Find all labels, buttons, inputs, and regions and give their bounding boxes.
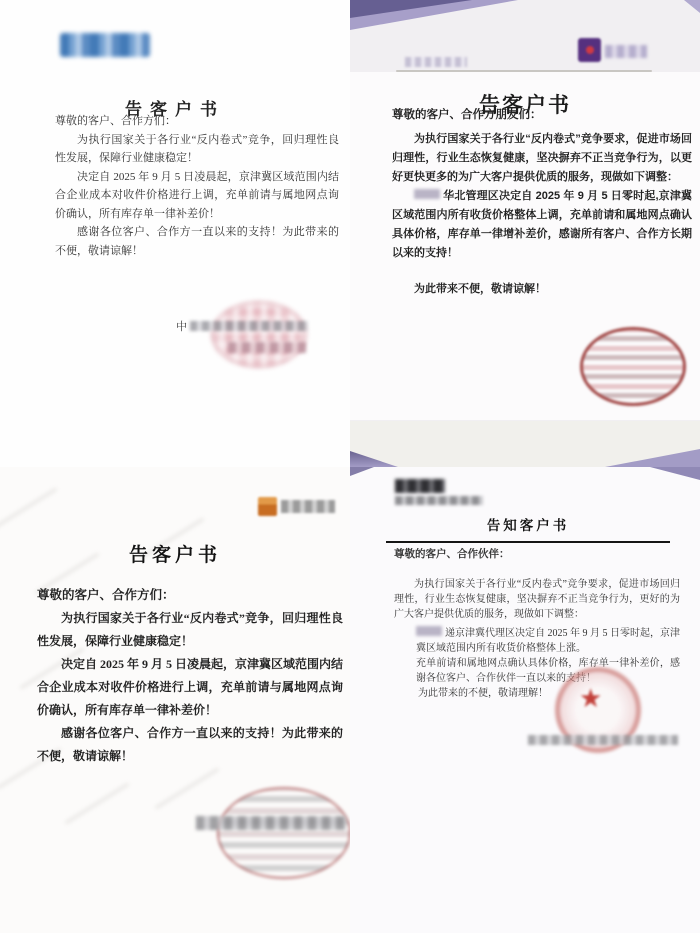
stamp-signature-line: 中: [176, 319, 308, 333]
redacted-logo-text: [395, 496, 483, 505]
paragraph: 递京津冀代理区决定自 2025 年 9 月 5 日零时起，京津冀区域范围内所有收…: [416, 626, 680, 656]
paragraph: 感谢各位客户、合作方一直以来的支持！为此带来的不便，敬请谅解！: [37, 722, 343, 768]
salutation: 尊敬的客户、合作方们：: [55, 112, 339, 131]
stamp-star-icon: ★: [579, 686, 602, 712]
letter-body: 尊敬的客户、合作方们： 为执行国家关于各行业“反内卷式”竞争，回归理性良性发展，…: [55, 112, 339, 260]
redacted-text-band: [196, 816, 346, 830]
watermark-streak: [0, 488, 57, 530]
redacted-header-text: [405, 57, 467, 67]
decor-corner-right: [650, 467, 700, 480]
watermark-streak: [155, 768, 219, 810]
paragraph: 充单前请和属地网点确认具体价格，库存单一律补差价，感谢各位客户、合作伙伴一直以来…: [416, 656, 680, 686]
closing-line: 为此带来不便，敬请谅解！: [392, 280, 692, 299]
letter-bottom-left: 告客户书 尊敬的客户、合作方们： 为执行国家关于各行业“反内卷式”竞争，回归理性…: [0, 467, 350, 933]
salutation: 尊敬的客户、合作方朋友们：: [392, 106, 692, 125]
decor-corner-left: [350, 467, 374, 476]
paragraph-text: 华北管理区决定自 2025 年 9 月 5 日零时起,京津冀区域范围内所有收货价…: [392, 190, 692, 259]
company-stamp-icon: [211, 301, 307, 368]
redacted-logo-text: [281, 500, 335, 513]
letter-title: 告客户书: [0, 540, 350, 567]
redacted-company-name: [414, 189, 440, 199]
logo-dot-icon: [586, 46, 594, 54]
redacted-text-band: [528, 735, 678, 745]
company-logo-blurred-dark: [395, 479, 445, 493]
notice-letters-collage: 告客户书 尊敬的客户、合作方们： 为执行国家关于各行业“反内卷式”竞争，回归理性…: [0, 0, 700, 933]
paragraph: 为执行国家关于各行业“反内卷式”竞争，回归理性良性发展，保障行业健康稳定！: [55, 131, 339, 168]
header-divider: [396, 70, 652, 72]
paragraph: 决定自 2025 年 9 月 5 日凌晨起，京津冀区域范围内结合企业成本对收件价…: [55, 168, 339, 224]
redacted-logo-text: [605, 45, 647, 58]
redacted-company-name: [416, 626, 442, 636]
letter-body: 尊敬的客户、合作方们： 为执行国家关于各行业“反内卷式”竞争，回归理性良性发展，…: [37, 584, 343, 768]
paragraph: 决定自 2025 年 9 月 5 日凌晨起，京津冀区域范围内结合企业成本对收件价…: [37, 653, 343, 722]
company-logo-purple-icon: [578, 38, 601, 62]
paragraph: 为执行国家关于各行业“反内卷式”竞争要求，促进市场回归理性，行业生态恢复健康，坚…: [392, 130, 692, 187]
watermark-streak: [65, 783, 129, 825]
closing-line: 为此带来的不便，敬请理解！: [418, 686, 680, 701]
paragraph: 感谢各位客户、合作方一直以来的支持！为此带来的不便，敬请谅解！: [55, 223, 339, 260]
salutation: 尊敬的客户、合作方们：: [37, 584, 343, 607]
letter-bottom-right: 告知客户书 尊敬的客户、合作伙伴： 为执行国家关于各行业“反内卷式”竞争要求，促…: [350, 467, 700, 933]
stamp-text: 中: [176, 318, 187, 334]
paragraph: 为执行国家关于各行业“反内卷式”竞争要求，促进市场回归理性，行业生态恢复健康，坚…: [394, 577, 680, 622]
redacted-text-band: [190, 321, 308, 331]
letter-body: 尊敬的客户、合作伙伴： 为执行国家关于各行业“反内卷式”竞争要求，促进市场回归理…: [394, 547, 680, 701]
paragraph-text: 递京津冀代理区决定自 2025 年 9 月 5 日零时起，京津冀区域范围内所有收…: [416, 628, 680, 654]
letter-top-left: 告客户书 尊敬的客户、合作方们： 为执行国家关于各行业“反内卷式”竞争，回归理性…: [0, 0, 350, 467]
redacted-text-band: [228, 342, 306, 353]
letter-body: 尊敬的客户、合作方朋友们： 为执行国家关于各行业“反内卷式”竞争要求，促进市场回…: [392, 106, 692, 299]
letter-title: 告知客户书: [386, 514, 670, 543]
company-logo-blurred-blue: [60, 33, 150, 57]
company-stamp-icon: [580, 327, 686, 406]
company-stamp-icon: [217, 787, 350, 879]
company-logo-orange-icon: [258, 497, 277, 516]
decor-corner-triangle: [684, 0, 700, 13]
paragraph: 为执行国家关于各行业“反内卷式”竞争，回归理性良性发展，保障行业健康稳定！: [37, 607, 343, 653]
paragraph: 华北管理区决定自 2025 年 9 月 5 日零时起,京津冀区域范围内所有收货价…: [392, 187, 692, 263]
letter-top-right: 告客户书 尊敬的客户、合作方朋友们： 为执行国家关于各行业“反内卷式”竞争要求，…: [350, 0, 700, 467]
salutation: 尊敬的客户、合作伙伴：: [394, 547, 680, 562]
